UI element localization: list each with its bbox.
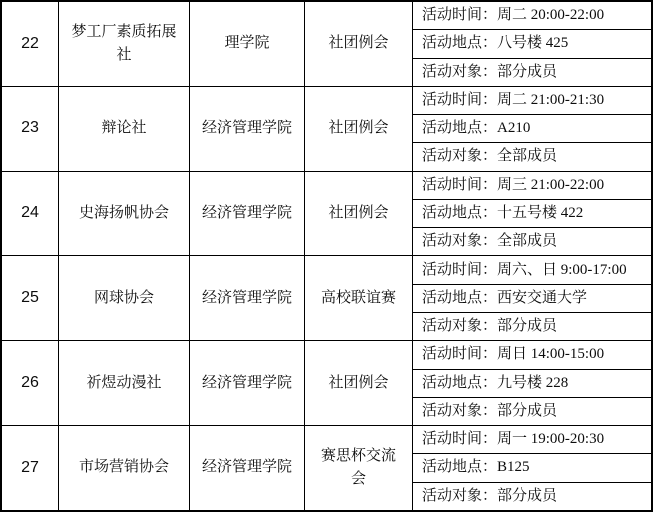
- activity-place-row: 活动地点：十五号楼 422: [413, 200, 651, 228]
- activity-place-label: 活动地点：: [422, 456, 497, 479]
- activity-type-cell: 赛思杯交流会: [305, 426, 413, 510]
- club-name-cell: 市场营销协会: [59, 426, 190, 510]
- activity-details-cell: 活动时间：周一 19:00-20:30 活动地点：B125 活动对象：部分成员: [413, 426, 651, 510]
- activity-type-cell: 社团例会: [305, 2, 413, 86]
- activity-place-value: A210: [497, 117, 530, 140]
- college-cell: 经济管理学院: [190, 87, 305, 171]
- club-activity-table: 22 梦工厂素质拓展社 理学院 社团例会 活动时间：周二 20:00-22:00…: [0, 0, 653, 512]
- activity-time-label: 活动时间：: [422, 259, 497, 282]
- activity-target-row: 活动对象：部分成员: [413, 59, 651, 86]
- activity-target-label: 活动对象：: [422, 230, 497, 253]
- activity-details-cell: 活动时间：周二 20:00-22:00 活动地点：八号楼 425 活动对象：部分…: [413, 2, 651, 86]
- table-row: 23 辩论社 经济管理学院 社团例会 活动时间：周二 21:00-21:30 活…: [2, 87, 651, 172]
- club-name-cell: 祈煜动漫社: [59, 341, 190, 425]
- activity-target-label: 活动对象：: [422, 61, 497, 84]
- activity-place-label: 活动地点：: [422, 32, 497, 55]
- college-cell: 经济管理学院: [190, 426, 305, 510]
- activity-target-value: 全部成员: [497, 230, 557, 253]
- activity-target-row: 活动对象：全部成员: [413, 143, 651, 170]
- activity-details-cell: 活动时间：周三 21:00-22:00 活动地点：十五号楼 422 活动对象：全…: [413, 172, 651, 256]
- row-number-cell: 25: [2, 256, 59, 340]
- activity-target-label: 活动对象：: [422, 400, 497, 423]
- row-number-cell: 27: [2, 426, 59, 510]
- activity-type-cell: 高校联谊赛: [305, 256, 413, 340]
- table-row: 27 市场营销协会 经济管理学院 赛思杯交流会 活动时间：周一 19:00-20…: [2, 426, 651, 510]
- activity-target-value: 部分成员: [497, 485, 557, 508]
- activity-time-label: 活动时间：: [422, 343, 497, 366]
- activity-place-value: 九号楼 228: [497, 372, 568, 395]
- activity-details-cell: 活动时间：周六、日 9:00-17:00 活动地点：西安交通大学 活动对象：部分…: [413, 256, 651, 340]
- activity-details-cell: 活动时间：周日 14:00-15:00 活动地点：九号楼 228 活动对象：部分…: [413, 341, 651, 425]
- activity-place-label: 活动地点：: [422, 202, 497, 225]
- activity-target-row: 活动对象：部分成员: [413, 313, 651, 340]
- activity-target-row: 活动对象：全部成员: [413, 228, 651, 255]
- club-name-cell: 梦工厂素质拓展社: [59, 2, 190, 86]
- activity-target-value: 全部成员: [497, 145, 557, 168]
- college-cell: 经济管理学院: [190, 256, 305, 340]
- activity-time-label: 活动时间：: [422, 4, 497, 27]
- activity-target-row: 活动对象：部分成员: [413, 398, 651, 425]
- activity-place-value: 八号楼 425: [497, 32, 568, 55]
- college-cell: 经济管理学院: [190, 341, 305, 425]
- activity-time-value: 周二 21:00-21:30: [497, 89, 604, 112]
- activity-time-row: 活动时间：周日 14:00-15:00: [413, 341, 651, 369]
- table-row: 22 梦工厂素质拓展社 理学院 社团例会 活动时间：周二 20:00-22:00…: [2, 2, 651, 87]
- row-number-cell: 22: [2, 2, 59, 86]
- activity-target-value: 部分成员: [497, 315, 557, 338]
- activity-time-label: 活动时间：: [422, 174, 497, 197]
- activity-target-label: 活动对象：: [422, 315, 497, 338]
- activity-time-row: 活动时间：周三 21:00-22:00: [413, 172, 651, 200]
- activity-place-row: 活动地点：西安交通大学: [413, 285, 651, 313]
- table-row: 26 祈煜动漫社 经济管理学院 社团例会 活动时间：周日 14:00-15:00…: [2, 341, 651, 426]
- activity-time-row: 活动时间：周六、日 9:00-17:00: [413, 256, 651, 284]
- activity-place-value: 十五号楼 422: [497, 202, 583, 225]
- college-cell: 理学院: [190, 2, 305, 86]
- activity-target-label: 活动对象：: [422, 485, 497, 508]
- activity-type-cell: 社团例会: [305, 87, 413, 171]
- activity-time-value: 周三 21:00-22:00: [497, 174, 604, 197]
- activity-type-cell: 社团例会: [305, 341, 413, 425]
- club-name-cell: 史海扬帆协会: [59, 172, 190, 256]
- activity-target-row: 活动对象：部分成员: [413, 483, 651, 510]
- row-number-cell: 26: [2, 341, 59, 425]
- activity-place-label: 活动地点：: [422, 372, 497, 395]
- table-row: 25 网球协会 经济管理学院 高校联谊赛 活动时间：周六、日 9:00-17:0…: [2, 256, 651, 341]
- row-number-cell: 24: [2, 172, 59, 256]
- activity-time-row: 活动时间：周二 20:00-22:00: [413, 2, 651, 30]
- row-number-cell: 23: [2, 87, 59, 171]
- activity-time-label: 活动时间：: [422, 89, 497, 112]
- activity-place-value: 西安交通大学: [497, 287, 587, 310]
- table-row: 24 史海扬帆协会 经济管理学院 社团例会 活动时间：周三 21:00-22:0…: [2, 172, 651, 257]
- activity-place-row: 活动地点：B125: [413, 454, 651, 482]
- activity-place-row: 活动地点：A210: [413, 115, 651, 143]
- activity-time-value: 周日 14:00-15:00: [497, 343, 604, 366]
- activity-place-row: 活动地点：八号楼 425: [413, 30, 651, 58]
- activity-target-label: 活动对象：: [422, 145, 497, 168]
- activity-place-row: 活动地点：九号楼 228: [413, 370, 651, 398]
- activity-time-value: 周二 20:00-22:00: [497, 4, 604, 27]
- activity-place-label: 活动地点：: [422, 287, 497, 310]
- college-cell: 经济管理学院: [190, 172, 305, 256]
- activity-target-value: 部分成员: [497, 400, 557, 423]
- activity-time-label: 活动时间：: [422, 428, 497, 451]
- activity-time-row: 活动时间：周二 21:00-21:30: [413, 87, 651, 115]
- activity-time-value: 周一 19:00-20:30: [497, 428, 604, 451]
- activity-details-cell: 活动时间：周二 21:00-21:30 活动地点：A210 活动对象：全部成员: [413, 87, 651, 171]
- activity-place-label: 活动地点：: [422, 117, 497, 140]
- club-name-cell: 辩论社: [59, 87, 190, 171]
- activity-time-row: 活动时间：周一 19:00-20:30: [413, 426, 651, 454]
- activity-type-cell: 社团例会: [305, 172, 413, 256]
- activity-place-value: B125: [497, 456, 530, 479]
- activity-target-value: 部分成员: [497, 61, 557, 84]
- club-name-cell: 网球协会: [59, 256, 190, 340]
- activity-time-value: 周六、日 9:00-17:00: [497, 259, 627, 282]
